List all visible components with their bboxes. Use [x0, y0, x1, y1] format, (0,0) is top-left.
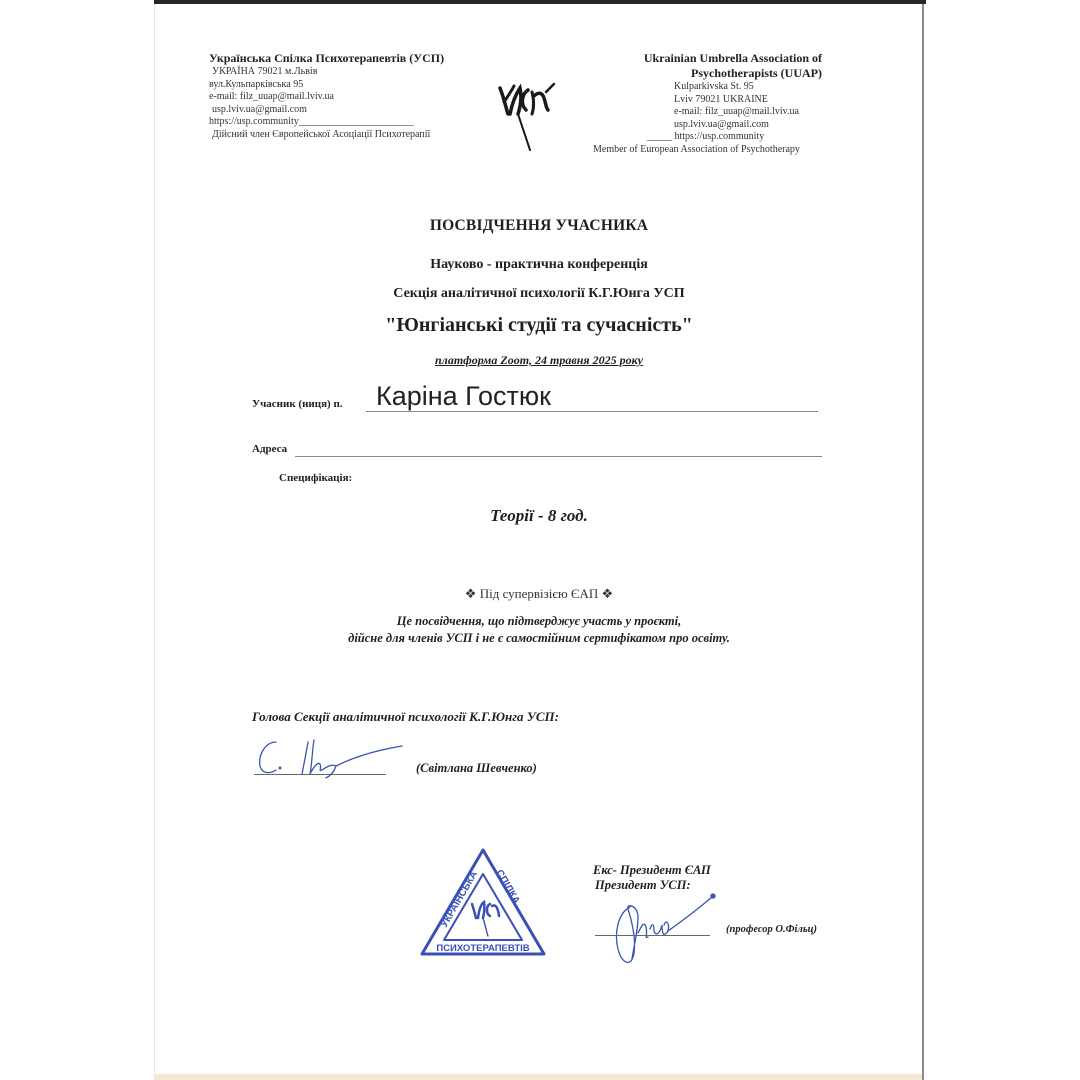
org-name-ua: Українська Спілка Психотерапевтів (УСП) [209, 51, 479, 66]
header-left-ukrainian: Українська Спілка Психотерапевтів (УСП) … [209, 51, 479, 141]
street-en: Kulparkivska St. 95 [674, 81, 830, 94]
gmail-line: usp.lviv.ua@gmail.com [209, 104, 479, 117]
org-name-en-line1: Ukrainian Umbrella Association of [590, 51, 830, 66]
city-en: Lviv 79021 UKRAINE [674, 94, 830, 107]
specification-value: Теорії - 8 год. [154, 506, 924, 526]
section-head-name: (Світлана Шевченко) [416, 761, 537, 776]
president-title-line1: Екс- Президент ЄАП [593, 863, 711, 878]
website-en: _____ https://usp.community [590, 131, 830, 144]
validity-note-line2: дійсне для членів УСП і не є самостійним… [154, 630, 924, 647]
gmail-en: usp.lviv.ua@gmail.com [674, 119, 830, 132]
validity-note: Це посвідчення, що підтверджує участь у … [154, 613, 924, 647]
address-line-1: УКРАЇНА 79021 м.Львів [209, 66, 479, 79]
address-underline [295, 456, 822, 457]
viewer-top-bar [154, 0, 926, 4]
participant-label: Учасник (ниця) п. [252, 398, 343, 410]
usp-stamp-icon: УКРАЇНСЬКА СПІЛКА ПСИХОТЕРАПЕВТІВ [418, 846, 548, 964]
platform-date: платформа Zoom, 24 травня 2025 року [154, 353, 924, 368]
signature-filts-icon [608, 887, 720, 969]
usp-logo-icon [494, 74, 556, 154]
event-type: Науково - практична конференція [154, 257, 924, 273]
address-label: Адреса [252, 443, 287, 455]
stamp-text-bottom: ПСИХОТЕРАПЕВТІВ [436, 943, 529, 954]
stamp-text-left: УКРАЇНСЬКА [437, 868, 480, 929]
email-en: e-mail: filz_uuap@mail.lviv.ua [674, 106, 830, 119]
section-head-title: Голова Секції аналітичної психології К.Г… [252, 709, 559, 725]
page-bottom-edge [155, 1074, 922, 1080]
certificate-title: ПОСВІДЧЕННЯ УЧАСНИКА [154, 217, 924, 235]
participant-name: Каріна Гостюк [376, 381, 551, 412]
section-name: Секція аналітичної психології К.Г.Юнга У… [154, 286, 924, 302]
conference-name: "Юнгіанські студії та сучасність" [154, 314, 924, 337]
president-signature-line [595, 935, 710, 936]
email-line: e-mail: filz_uuap@mail.lviv.ua [209, 91, 479, 104]
address-line-2: вул.Кульпарківська 95 [209, 79, 479, 92]
membership-line-ua: Дійсний член Європейської Асоціації Псих… [209, 129, 479, 142]
website-line: https://usp.community___________________… [209, 116, 479, 129]
supervision-note: ❖ Під супервізією ЄАП ❖ [154, 586, 924, 602]
specification-label: Специфікація: [279, 472, 352, 484]
validity-note-line1: Це посвідчення, що підтверджує участь у … [154, 613, 924, 630]
header-right-english: Ukrainian Umbrella Association of Psycho… [590, 51, 830, 156]
org-name-en-line2: Psychotherapists (UUAP) [590, 66, 830, 81]
president-name: (професор О.Фільц) [726, 924, 817, 935]
membership-line-en: Member of European Association of Psycho… [593, 144, 830, 157]
section-head-signature-line [254, 774, 386, 775]
